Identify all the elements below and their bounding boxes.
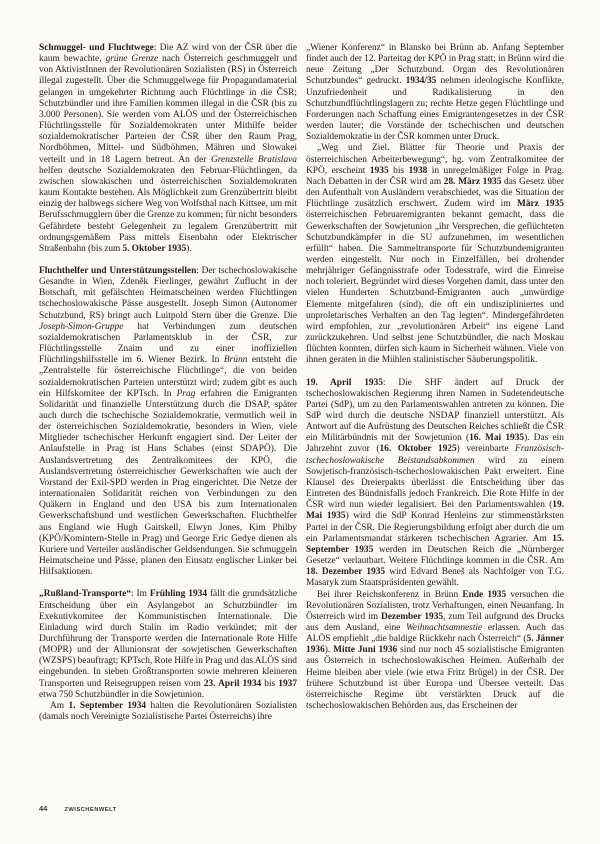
text-run: Weihnachtsamnestie — [406, 623, 482, 633]
page-number: 44 — [39, 804, 47, 813]
text-run: erfahren die Emigranten Solidarität und … — [39, 389, 297, 578]
text-run: Frühling 1934 — [150, 589, 207, 599]
paragraph: Bei ihrer Reichskonferenz in Brünn Ende … — [306, 590, 564, 713]
text-run: Joseph-Simon-Gruppe — [39, 322, 123, 332]
text-run: grüne Grenze — [106, 54, 159, 64]
paragraph: „Rußland-Transporte“: Im Frühling 1934 f… — [39, 589, 297, 701]
text-run: bis — [261, 679, 278, 689]
text-run: etwa 750 Schutzbündler in die Sowjetunio… — [39, 690, 204, 700]
text-run: Schmuggel- und Fluchtwege — [39, 43, 154, 53]
text-run: fällt die grundsätzliche Entscheidung üb… — [39, 589, 297, 688]
text-run: Dezember 1935 — [381, 612, 443, 622]
text-run: Bei ihrer Reichskonferenz in Brünn — [317, 590, 462, 600]
text-run: 1937 — [278, 679, 297, 689]
text-run: 1. September 1934 — [68, 701, 146, 711]
text-run: bis — [389, 166, 409, 176]
text-column-right: „Wiener Konferenz“ in Blansko bei Brünn … — [306, 43, 564, 762]
text-run: helfen deutsche Sozialdemokraten den Feb… — [39, 166, 297, 254]
paragraph: Fluchthelfer und Unterstützungsstellen: … — [39, 266, 297, 578]
text-run: 23. April 1934 — [204, 679, 261, 689]
text-run: Am — [50, 701, 68, 711]
text-run: 28. März 1935 — [444, 177, 502, 187]
journal-name: ZWISCHENWELT — [64, 807, 116, 813]
text-run: österreichischen Februaremigranten bekan… — [306, 210, 564, 365]
text-run: ). — [325, 645, 333, 655]
paragraph: 19. April 1935: Die SHF ändert auf Druck… — [306, 378, 564, 590]
page-footer: 44 ZWISCHENWELT — [39, 804, 117, 813]
text-run: 16. Mai 1935 — [469, 433, 524, 443]
text-run: 18. Dezember 1935 — [306, 567, 385, 577]
paragraph: Schmuggel- und Fluchtwege: Die AZ wird v… — [39, 43, 297, 255]
text-run: 5. Oktober 1935 — [123, 244, 187, 254]
text-run: 1935 — [370, 166, 389, 176]
text-run: : Im — [131, 589, 150, 599]
text-run: 16. Oktober 1925 — [379, 444, 456, 454]
text-run: Prag — [177, 389, 196, 399]
document-page: Schmuggel- und Fluchtwege: Die AZ wird v… — [0, 0, 600, 844]
text-run: nach Österreich geschmuggelt und von Akt… — [39, 54, 297, 164]
paragraph: „Weg und Ziel. Blätter für Theorie und P… — [306, 143, 564, 366]
text-run: ) wird die SdP Konrad Henleins zur stimm… — [306, 511, 564, 543]
text-run: März 1935 — [517, 199, 564, 209]
text-run: Ende 1935 — [462, 590, 506, 600]
text-run: Fluchthelfer und Unterstützungsstellen — [39, 266, 196, 276]
text-run: 1934/35 — [406, 76, 437, 86]
text-run: 1938 — [409, 166, 428, 176]
text-run: ) vereinbarte — [457, 444, 515, 454]
two-column-text-area: Schmuggel- und Fluchtwege: Die AZ wird v… — [0, 0, 600, 762]
text-run: Mitte Juni 1936 — [333, 645, 397, 655]
text-run: 19. April 1935 — [306, 378, 383, 388]
text-run: ). — [186, 244, 191, 254]
text-run: sind nur noch 45 sozialistische Emigrant… — [306, 645, 564, 711]
text-column-left: Schmuggel- und Fluchtwege: Die AZ wird v… — [39, 43, 297, 762]
text-run: „Rußland-Transporte“ — [39, 589, 131, 599]
text-run: Brünn — [224, 355, 247, 365]
text-run: Grenzstelle Bratislava — [211, 155, 297, 165]
paragraph: „Wiener Konferenz“ in Blansko bei Brünn … — [306, 43, 564, 143]
paragraph: Am 1. September 1934 halten die Revoluti… — [39, 701, 297, 723]
